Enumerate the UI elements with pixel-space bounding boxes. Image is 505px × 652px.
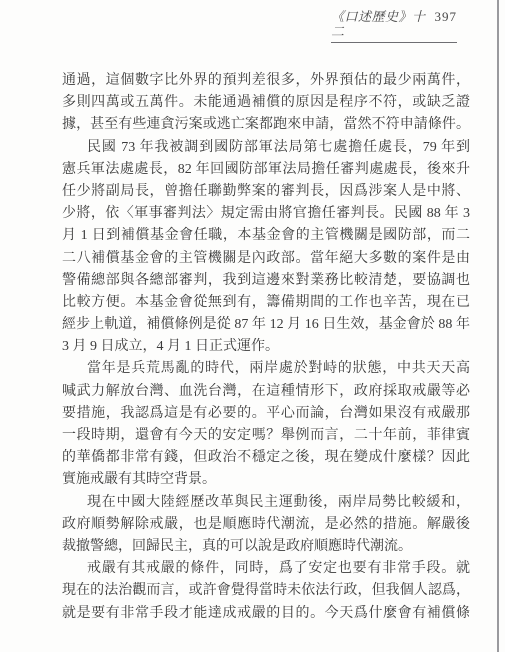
body-line: 警備總部與各總部審判，我到這邊來對業務比較清楚，要協調也 xyxy=(62,270,470,292)
body-text: 通過，這個數字比外界的預判差很多，外界預估的最少兩萬件， 多則四萬或五萬件。未能… xyxy=(62,70,470,625)
body-line: 多則四萬或五萬件。未能通過補償的原因是程序不符，或缺乏證 xyxy=(62,92,470,114)
body-line: 二八補償基金會的主管機關是內政部。當年絕大多數的案件是由 xyxy=(62,248,470,270)
body-line: 月 1 日到補償基金會任職，本基金會的主管機關是國防部，而二 xyxy=(62,225,470,247)
body-line: 民國 73 年我被調到國防部軍法局第七處擔任處長，79 年到 xyxy=(62,137,470,159)
body-line: 據，甚至有些連貪污案或逃亡案都跑來申請，當然不符申請條件。 xyxy=(62,114,470,136)
body-line: 的華僑都非常有錢，但政治不穩定之後，現在變成什麼樣？因此 xyxy=(62,447,470,469)
body-line: 喊武力解放台灣、血洗台灣，在這種情形下，政府採取戒嚴等必 xyxy=(62,381,470,403)
body-line: 3 月 9 日成立，4 月 1 日正式運作。 xyxy=(62,336,470,358)
body-line: 經步上軌道，補償條例是從 87 年 12 月 16 日生效，基金會於 88 年 xyxy=(62,314,470,336)
body-line: 少將，依〈軍事審判法〉規定需由將官擔任審判長。民國 88 年 3 xyxy=(62,203,470,225)
body-line: 通過，這個數字比外界的預判差很多，外界預估的最少兩萬件， xyxy=(62,70,470,92)
body-line: 裁撤警總，回歸民主，真的可以說是政府順應時代潮流。 xyxy=(62,536,470,558)
body-line: 政府順勢解除戒嚴，也是順應時代潮流，是必然的措施。解嚴後 xyxy=(62,514,470,536)
body-line: 任少將副局長，曾擔任聯勤弊案的審判長，因爲涉案人是中將、 xyxy=(62,181,470,203)
body-line: 當年是兵荒馬亂的時代，兩岸處於對峙的狀態，中共天天高 xyxy=(62,358,470,380)
body-line: 一段時期，還會有今天的安定嗎？舉例而言，二十年前，菲律賓 xyxy=(62,425,470,447)
body-line: 戒嚴有其戒嚴的條件，同時，爲了安定也要有非常手段。就 xyxy=(62,558,470,580)
body-line: 現在中國大陸經歷改革與民主運動後，兩岸局勢比較緩和， xyxy=(62,492,470,514)
body-line: 就是要有非常手段才能達成戒嚴的目的。今天爲什麼會有補償條 xyxy=(62,603,470,625)
body-line: 比較方便。本基金會從無到有，籌備期間的工作也辛苦，現在已 xyxy=(62,292,470,314)
running-title: 《口述歷史》十二 xyxy=(331,9,435,39)
body-line: 憲兵軍法處處長，82 年回國防部軍法局擔任審判處處長，後來升 xyxy=(62,159,470,181)
page-header: 《口述歷史》十二 397 xyxy=(331,9,457,43)
body-line: 要措施，我認爲這是有必要的。平心而論，台灣如果沒有戒嚴那 xyxy=(62,403,470,425)
body-line: 實施戒嚴有其時空背景。 xyxy=(62,469,470,491)
book-page: 《口述歷史》十二 397 通過，這個數字比外界的預判差很多，外界預估的最少兩萬件… xyxy=(0,0,505,652)
body-line: 現在的法治觀而言，或許會覺得當時未依法行政，但我個人認爲， xyxy=(62,580,470,602)
scan-edge-line xyxy=(497,0,499,652)
page-number: 397 xyxy=(435,9,458,24)
